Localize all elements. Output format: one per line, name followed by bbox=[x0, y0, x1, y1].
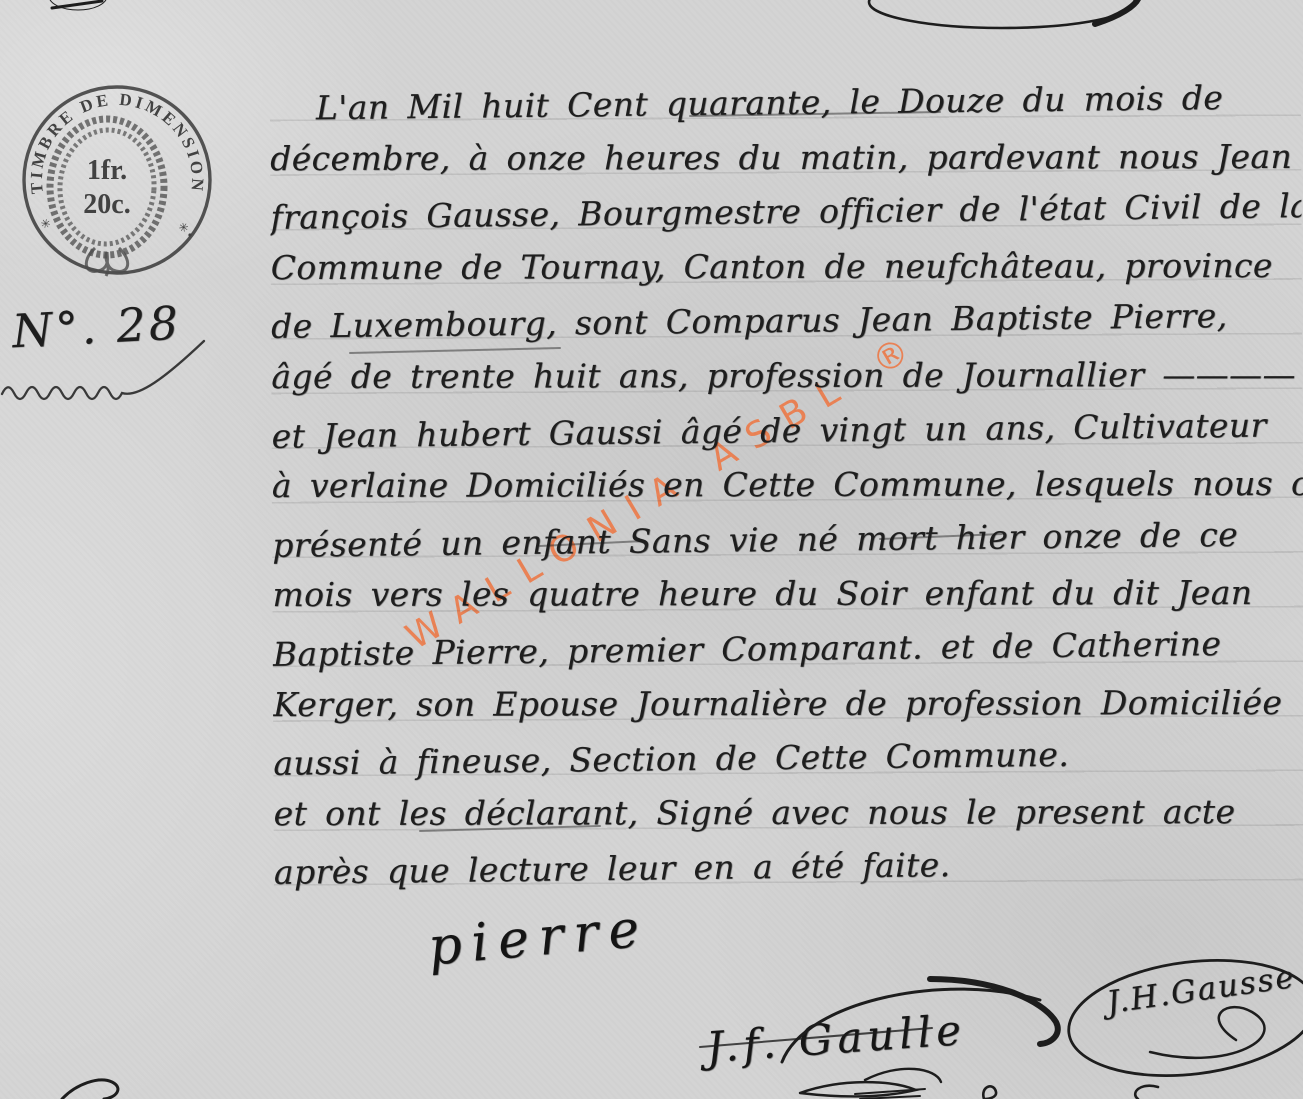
signature-jf-gaulle: J.f. Gaulle bbox=[705, 1005, 968, 1072]
act-line: et Jean hubert Gaussi âgé de vingt un an… bbox=[271, 398, 1303, 464]
stamp-right-star-icon: ✳ bbox=[175, 219, 191, 236]
act-line: françois Gausse, Bourgmestre officier de… bbox=[270, 179, 1302, 245]
act-line: mois vers les quatre heure du Soir enfan… bbox=[272, 566, 1303, 623]
act-line: âgé de trente huit ans, profession de Jo… bbox=[271, 348, 1302, 405]
stamp-ribbon-bow bbox=[86, 248, 127, 276]
act-line: Commune de Tournay, Canton de neufchâtea… bbox=[271, 239, 1302, 296]
stamp-wreath-inner bbox=[56, 127, 158, 247]
act-line: de Luxembourg, sont Comparus Jean Baptis… bbox=[271, 289, 1303, 355]
stamp-dot bbox=[188, 233, 191, 236]
bottom-loop-stroke bbox=[983, 1086, 996, 1099]
fiscal-stamp: TIMBRE DE DIMENSION ✳ ✳ 1fr. 20c. bbox=[17, 80, 217, 280]
signature-jh-gausse: J.H.Gausse bbox=[1104, 959, 1297, 1021]
scanned-act-page: TIMBRE DE DIMENSION ✳ ✳ 1fr. 20c. N°. 28… bbox=[0, 0, 1303, 1099]
stamp-wreath-outer bbox=[50, 119, 164, 255]
act-line: présenté un enfant Sans vie né mort hier… bbox=[272, 507, 1303, 573]
top-right-flourish bbox=[869, 0, 1139, 28]
act-line: Baptiste Pierre, premier Comparant. et d… bbox=[272, 616, 1303, 682]
act-line: aussi à fineuse, Section de Cette Commun… bbox=[273, 725, 1303, 791]
act-line: Kerger, son Epouse Journalière de profes… bbox=[273, 675, 1303, 732]
stamp-value-bottom: 20c. bbox=[83, 189, 130, 220]
top-left-ink-blob bbox=[49, 0, 107, 10]
bottom-right-stroke bbox=[1135, 1086, 1158, 1099]
act-line: décembre, à onze heures du matin, pardev… bbox=[270, 130, 1301, 187]
stamp-value-top: 1fr. bbox=[87, 155, 127, 186]
bottom-left-stroke bbox=[62, 1080, 118, 1099]
act-text-block: L'an Mil huit Cent quarante, le Douze du… bbox=[270, 73, 1303, 936]
act-number: N°. 28 bbox=[11, 296, 183, 359]
act-line: à verlaine Domiciliés en Cette Commune, … bbox=[272, 457, 1303, 514]
act-line: L'an Mil huit Cent quarante, le Douze du… bbox=[270, 73, 1301, 136]
act-line: et ont les déclarant, Signé avec nous le… bbox=[274, 785, 1303, 842]
act-line: après que lecture leur en a été faite. bbox=[274, 834, 1303, 900]
